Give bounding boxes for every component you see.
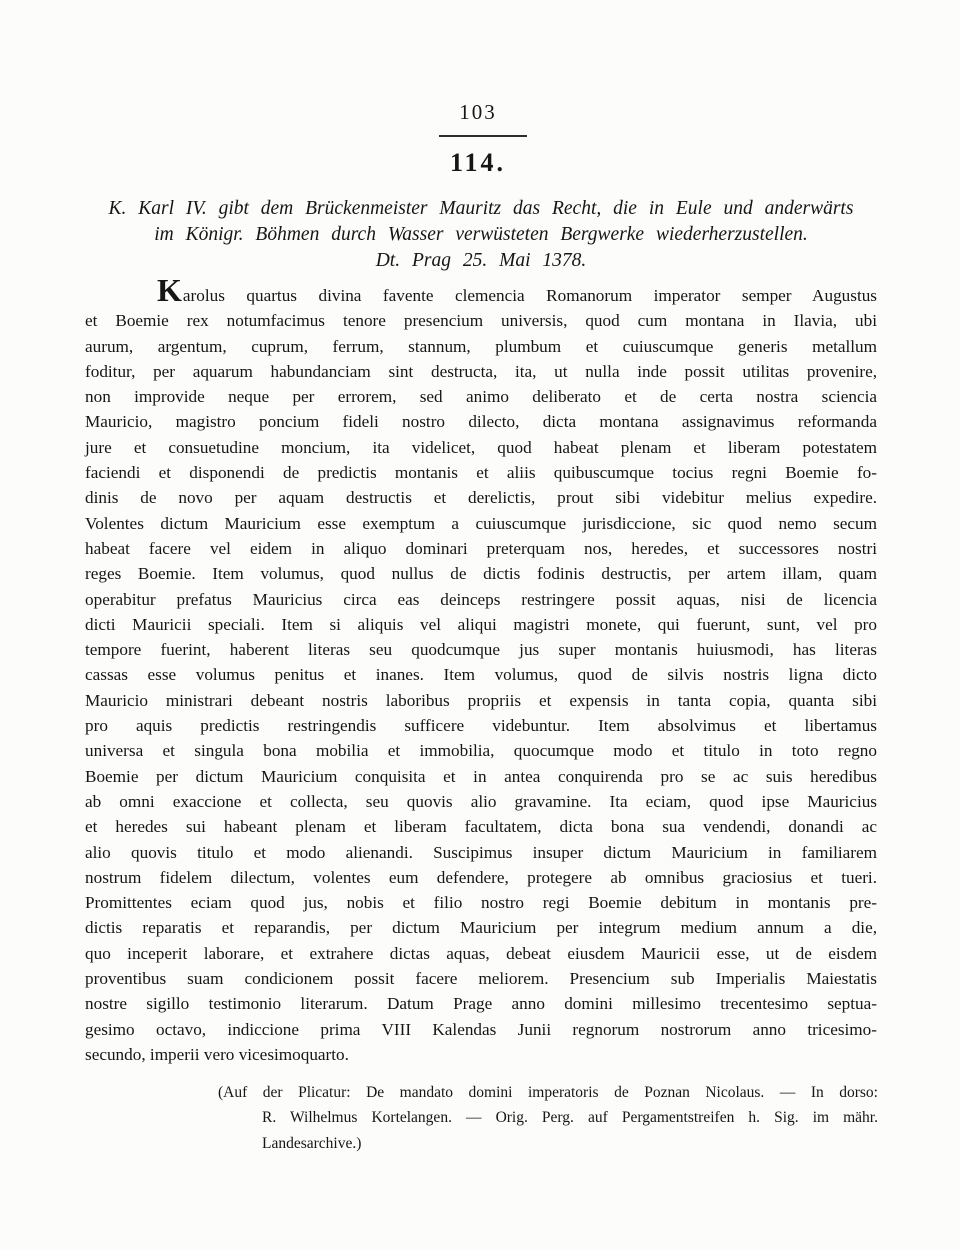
text-line: (Auf der Plicatur: De mandato domini imp… bbox=[218, 1080, 878, 1105]
text-line: dictis reparatis et reparandis, per dict… bbox=[85, 915, 877, 940]
text-line: dinis de novo per aquam destructis et de… bbox=[85, 485, 877, 510]
text-line: foditur, per aquarum habundanciam sint d… bbox=[85, 359, 877, 384]
body-first-line-text: arolus quartus divina favente clemencia … bbox=[183, 286, 877, 305]
text-line: habeat facere vel eidem in aliquo domina… bbox=[85, 536, 877, 561]
page-number-rule bbox=[439, 135, 527, 137]
text-line: universa et singula bona mobilia et immo… bbox=[85, 738, 877, 763]
text-line: non improvide neque per errorem, sed ani… bbox=[85, 384, 877, 409]
text-line: Volentes dictum Mauricium esse exemptum … bbox=[85, 511, 877, 536]
text-line: R. Wilhelmus Kortelangen. — Orig. Perg. … bbox=[218, 1105, 878, 1130]
charter-body-text: Karolus quartus divina favente clemencia… bbox=[85, 283, 877, 1067]
body-lines: et Boemie rex notumfacimus tenore presen… bbox=[85, 308, 877, 1067]
text-line: tempore fuerint, haberent literas seu qu… bbox=[85, 637, 877, 662]
text-line: Mauricio, magistro poncium fideli nostro… bbox=[85, 409, 877, 434]
text-line: Mauricio ministrari debeant nostris labo… bbox=[85, 688, 877, 713]
text-line: nostrum fidelem dilectum, volentes eum d… bbox=[85, 865, 877, 890]
document-number: 114. bbox=[0, 148, 956, 178]
text-line: quo inceperit laborare, et extrahere dic… bbox=[85, 941, 877, 966]
headline-dateline: Dt. Prag 25. Mai 1378. bbox=[85, 248, 877, 274]
text-line: ab omni exaccione et collecta, seu quovi… bbox=[85, 789, 877, 814]
text-line: gesimo octavo, indiccione prima VIII Kal… bbox=[85, 1017, 877, 1042]
text-line: faciendi et disponendi de predictis mont… bbox=[85, 460, 877, 485]
text-line: Landesarchive.) bbox=[218, 1131, 878, 1156]
text-line: operabitur prefatus Mauricius circa eas … bbox=[85, 587, 877, 612]
body-first-line: Karolus quartus divina favente clemencia… bbox=[85, 283, 877, 308]
text-line: dicti Mauricii speciali. Item si aliquis… bbox=[85, 612, 877, 637]
footnote-lines: (Auf der Plicatur: De mandato domini imp… bbox=[218, 1080, 878, 1156]
scanned-book-page: 103 114. K. Karl IV. gibt dem Brückenmei… bbox=[0, 0, 960, 1250]
text-line: cassas esse volumus penitus et inanes. I… bbox=[85, 662, 877, 687]
text-line: jure et consuetudine moncium, ita videli… bbox=[85, 435, 877, 460]
text-line: pro aquis predictis restringendis suffic… bbox=[85, 713, 877, 738]
text-line: alio quovis titulo et modo alienandi. Su… bbox=[85, 840, 877, 865]
text-line: et Boemie rex notumfacimus tenore presen… bbox=[85, 308, 877, 333]
headline-line-2: im Königr. Böhmen durch Wasser verwüstet… bbox=[85, 222, 877, 248]
text-line: Boemie per dictum Mauricium conquisita e… bbox=[85, 764, 877, 789]
text-line: aurum, argentum, cuprum, ferrum, stannum… bbox=[85, 334, 877, 359]
text-line: nostre sigillo testimonio literarum. Dat… bbox=[85, 991, 877, 1016]
text-line: proventibus suam condicionem possit face… bbox=[85, 966, 877, 991]
drop-cap-initial: K bbox=[157, 272, 183, 308]
archival-footnote: (Auf der Plicatur: De mandato domini imp… bbox=[218, 1080, 878, 1156]
text-line: Promittentes eciam quod jus, nobis et fi… bbox=[85, 890, 877, 915]
document-headline: K. Karl IV. gibt dem Brückenmeister Maur… bbox=[85, 196, 877, 274]
page-number: 103 bbox=[0, 100, 956, 125]
text-line: et heredes sui habeant plenam et liberam… bbox=[85, 814, 877, 839]
text-line: reges Boemie. Item volumus, quod nullus … bbox=[85, 561, 877, 586]
headline-line-1: K. Karl IV. gibt dem Brückenmeister Maur… bbox=[85, 196, 877, 222]
text-line: secundo, imperii vero vicesimoquarto. bbox=[85, 1042, 877, 1067]
